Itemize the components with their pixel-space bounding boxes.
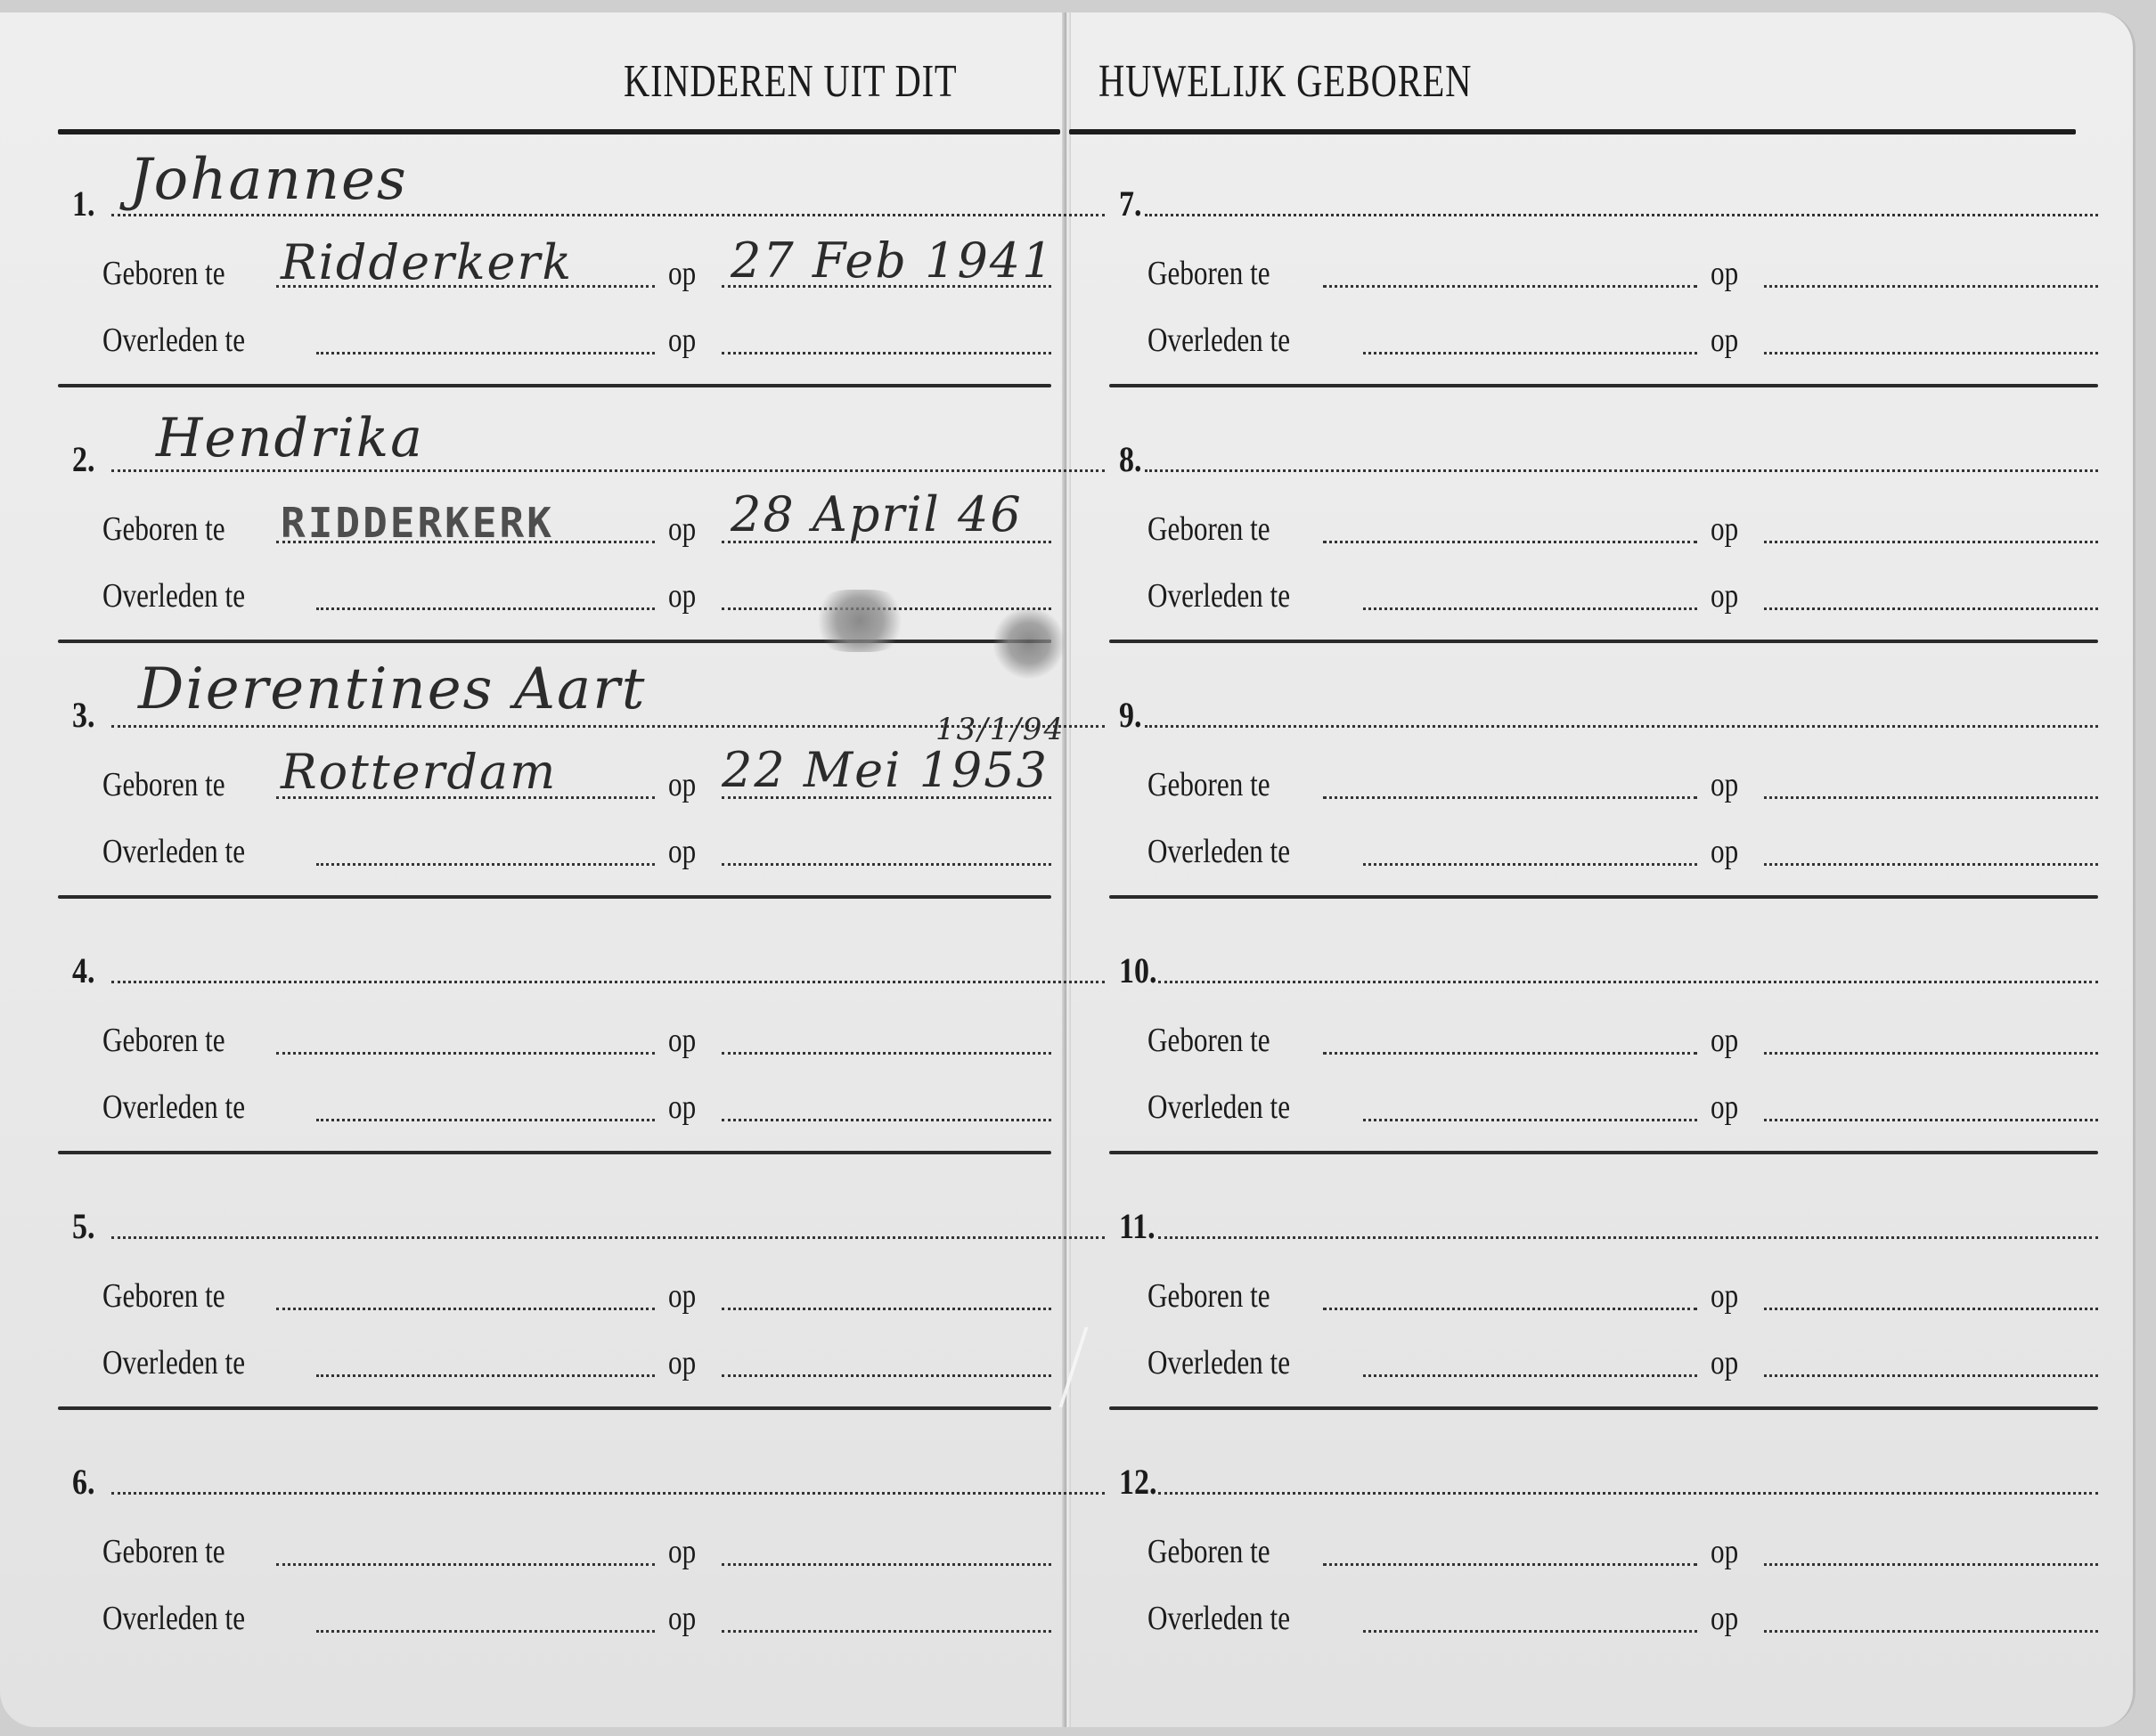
born-label: Geboren te <box>102 509 225 549</box>
on-label: op <box>1711 1276 1738 1316</box>
died-place-line[interactable] <box>1363 863 1697 866</box>
entry-number: 4. <box>72 950 95 991</box>
died-date-line[interactable] <box>1764 863 2098 866</box>
born-place-line[interactable] <box>1323 285 1697 288</box>
on-label: op <box>668 1532 696 1571</box>
born-date-line[interactable] <box>722 1052 1051 1055</box>
died-date-line[interactable] <box>722 1119 1051 1121</box>
entry-number: 8. <box>1119 438 1142 480</box>
child-entry-9: 9. Geboren te op Overleden te op <box>1105 667 2098 923</box>
born-label: Geboren te <box>102 1532 225 1571</box>
page-title-right: HUWELIJK GEBOREN <box>1098 55 1472 108</box>
born-place: Ridderkerk <box>281 234 573 290</box>
died-date-line[interactable] <box>722 1630 1051 1633</box>
child-entry-6: 6. Geboren te op Overleden te op <box>58 1434 1051 1690</box>
on-label: op <box>1711 509 1738 549</box>
name-line[interactable] <box>1158 981 2098 983</box>
entry-separator <box>58 1406 1051 1410</box>
on-label: op <box>668 1021 696 1060</box>
name-line[interactable] <box>1158 1492 2098 1495</box>
died-date-line[interactable] <box>1764 607 2098 610</box>
born-place-line[interactable] <box>1323 1052 1697 1055</box>
on-label: op <box>668 509 696 549</box>
entry-number: 12. <box>1119 1461 1157 1503</box>
entry-number: 6. <box>72 1461 95 1503</box>
on-label: op <box>1711 765 1738 804</box>
died-place-line[interactable] <box>1363 352 1697 355</box>
died-label: Overleden te <box>102 832 245 871</box>
entry-number: 2. <box>72 438 95 480</box>
born-date-line[interactable] <box>1764 1308 2098 1310</box>
died-place-line[interactable] <box>1363 1119 1697 1121</box>
name-line[interactable] <box>1145 469 2098 472</box>
born-date-line[interactable] <box>1764 541 2098 543</box>
died-label: Overleden te <box>1147 1599 1290 1638</box>
child-entry-3: 3. Dierentines Aart 13/1/94 Geboren te R… <box>58 667 1051 923</box>
entry-number: 10. <box>1119 950 1157 991</box>
died-label: Overleden te <box>102 1343 245 1382</box>
entry-number: 1. <box>72 183 95 224</box>
born-date: 28 April 46 <box>731 486 1023 542</box>
book-spine-fold <box>1062 12 1071 1727</box>
died-place-line[interactable] <box>1363 607 1697 610</box>
on-label: op <box>668 576 696 615</box>
on-label: op <box>668 254 696 293</box>
ink-smudge <box>811 590 909 652</box>
died-label: Overleden te <box>1147 1343 1290 1382</box>
born-place-line[interactable] <box>1323 541 1697 543</box>
on-label: op <box>668 321 696 360</box>
on-label: op <box>1711 1021 1738 1060</box>
born-date: 27 Feb 1941 <box>731 232 1055 289</box>
entry-separator <box>1109 895 2098 899</box>
on-label: op <box>1711 1532 1738 1571</box>
died-place-line[interactable] <box>316 1374 655 1377</box>
died-date-line[interactable] <box>722 352 1051 355</box>
entry-number: 11. <box>1119 1205 1156 1247</box>
name-line[interactable] <box>111 1236 1105 1239</box>
died-label: Overleden te <box>102 1088 245 1127</box>
on-label: op <box>1711 321 1738 360</box>
born-label: Geboren te <box>1147 254 1270 293</box>
child-entry-8: 8. Geboren te op Overleden te op <box>1105 412 2098 667</box>
died-label: Overleden te <box>1147 576 1290 615</box>
born-date-line[interactable] <box>722 1563 1051 1566</box>
page-title-left: KINDEREN UIT DIT <box>624 55 957 108</box>
born-label: Geboren te <box>1147 509 1270 549</box>
child-entry-12: 12. Geboren te op Overleden te op <box>1105 1434 2098 1690</box>
on-label: op <box>668 1088 696 1127</box>
died-place-line[interactable] <box>316 352 655 355</box>
child-entry-1: 1. Johannes Geboren te Ridderkerk op 27 … <box>58 156 1051 412</box>
child-entry-2: 2. Hendrika Geboren te RIDDERKERK op 28 … <box>58 412 1051 667</box>
died-label: Overleden te <box>102 1599 245 1638</box>
died-date-line[interactable] <box>1764 1374 2098 1377</box>
name-line[interactable] <box>111 469 1105 472</box>
born-date-line[interactable] <box>1764 1052 2098 1055</box>
died-place-line[interactable] <box>316 1119 655 1121</box>
born-place-line[interactable] <box>276 1308 655 1310</box>
child-entry-5: 5. Geboren te op Overleden te op <box>58 1178 1051 1434</box>
on-label: op <box>1711 832 1738 871</box>
on-label: op <box>1711 1343 1738 1382</box>
entry-number: 7. <box>1119 183 1142 224</box>
entry-separator <box>1109 640 2098 643</box>
name-line[interactable] <box>111 214 1105 216</box>
on-label: op <box>668 832 696 871</box>
born-place-line[interactable] <box>276 1052 655 1055</box>
child-entry-10: 10. Geboren te op Overleden te op <box>1105 923 2098 1178</box>
child-name: Johannes <box>129 147 408 213</box>
born-date-line[interactable] <box>1764 1563 2098 1566</box>
on-label: op <box>1711 1088 1738 1127</box>
died-label: Overleden te <box>1147 321 1290 360</box>
died-date-line[interactable] <box>1764 1119 2098 1121</box>
child-entry-4: 4. Geboren te op Overleden te op <box>58 923 1051 1178</box>
entry-separator <box>58 1151 1051 1154</box>
entry-number: 5. <box>72 1205 95 1247</box>
header-rule-left <box>58 129 1060 134</box>
died-place-line[interactable] <box>316 863 655 866</box>
born-date: 22 Mei 1953 <box>722 742 1049 798</box>
on-label: op <box>1711 254 1738 293</box>
born-label: Geboren te <box>102 1276 225 1316</box>
entry-number: 3. <box>72 694 95 736</box>
entry-number: 9. <box>1119 694 1142 736</box>
on-label: op <box>668 1599 696 1638</box>
child-name: Dierentines Aart <box>138 656 647 722</box>
born-label: Geboren te <box>102 254 225 293</box>
born-place-line[interactable] <box>1323 1563 1697 1566</box>
died-place-line[interactable] <box>1363 1630 1697 1633</box>
born-place: Rotterdam <box>281 744 557 800</box>
name-line[interactable] <box>111 1492 1105 1495</box>
died-label: Overleden te <box>1147 832 1290 871</box>
on-label: op <box>1711 576 1738 615</box>
born-date-line[interactable] <box>1764 285 2098 288</box>
born-place-line[interactable] <box>1323 1308 1697 1310</box>
died-label: Overleden te <box>102 321 245 360</box>
died-date-line[interactable] <box>722 1374 1051 1377</box>
entry-separator <box>58 895 1051 899</box>
born-place-line[interactable] <box>276 1563 655 1566</box>
died-place-line[interactable] <box>1363 1374 1697 1377</box>
child-entry-11: 11. Geboren te op Overleden te op <box>1105 1178 2098 1434</box>
entry-separator <box>58 384 1051 387</box>
child-entry-7: 7. Geboren te op Overleden te op <box>1105 156 2098 412</box>
born-place-line[interactable] <box>1323 796 1697 799</box>
died-label: Overleden te <box>102 576 245 615</box>
on-label: op <box>668 765 696 804</box>
died-place-line[interactable] <box>316 1630 655 1633</box>
entry-separator <box>1109 1406 2098 1410</box>
born-label: Geboren te <box>102 1021 225 1060</box>
name-line[interactable] <box>1145 725 2098 728</box>
name-line[interactable] <box>1158 1236 2098 1239</box>
born-date-line[interactable] <box>722 1308 1051 1310</box>
died-place-line[interactable] <box>316 607 655 610</box>
born-place-stamp: RIDDERKERK <box>281 499 554 547</box>
name-line[interactable] <box>1145 214 2098 216</box>
died-date-line[interactable] <box>1764 1630 2098 1633</box>
born-label: Geboren te <box>1147 1021 1270 1060</box>
born-label: Geboren te <box>1147 765 1270 804</box>
entry-separator <box>1109 1151 2098 1154</box>
header-rule-right <box>1069 129 2076 134</box>
born-label: Geboren te <box>102 765 225 804</box>
entry-separator <box>1109 384 2098 387</box>
born-date-line[interactable] <box>1764 796 2098 799</box>
died-label: Overleden te <box>1147 1088 1290 1127</box>
child-name: Hendrika <box>156 407 424 469</box>
died-date-line[interactable] <box>722 863 1051 866</box>
on-label: op <box>668 1343 696 1382</box>
on-label: op <box>1711 1599 1738 1638</box>
on-label: op <box>668 1276 696 1316</box>
born-label: Geboren te <box>1147 1276 1270 1316</box>
born-label: Geboren te <box>1147 1532 1270 1571</box>
name-line[interactable] <box>111 981 1105 983</box>
died-date-line[interactable] <box>1764 352 2098 355</box>
